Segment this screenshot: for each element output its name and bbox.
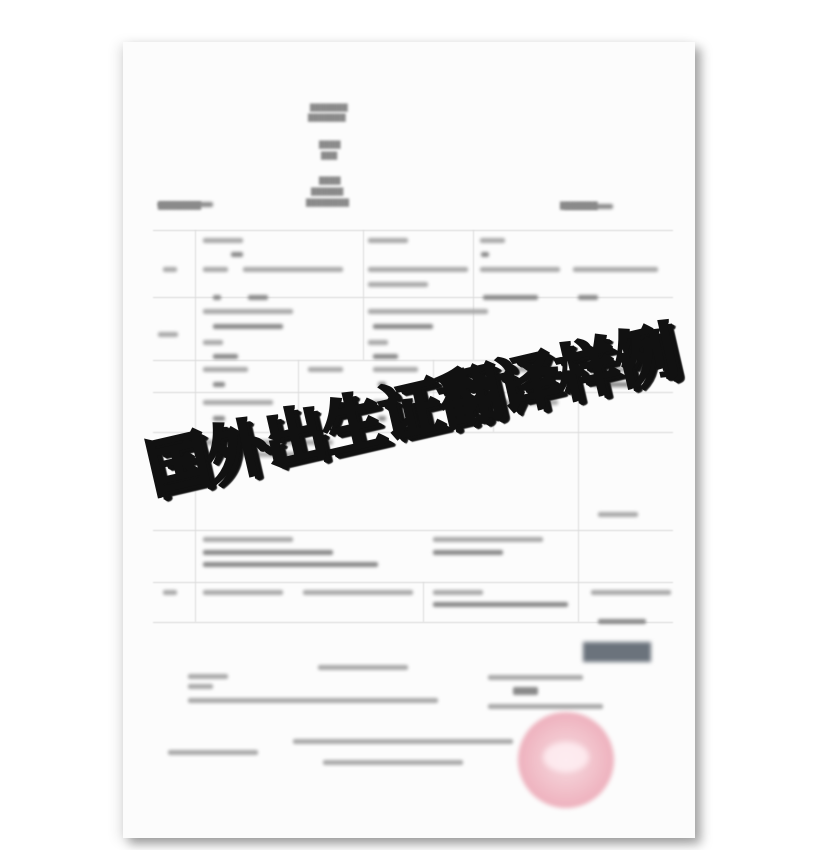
row-label [163, 590, 177, 595]
field-value [373, 324, 433, 329]
footer-text [488, 675, 583, 680]
field-label [203, 267, 228, 272]
field-value [433, 602, 568, 607]
field-value [373, 354, 398, 359]
header-line-2: ███████ [308, 114, 346, 122]
field-value [481, 252, 489, 257]
redacted-box [583, 642, 651, 662]
field-value [598, 512, 638, 517]
field-label [573, 267, 658, 272]
field-label [368, 340, 388, 345]
field-label [368, 309, 488, 314]
field-label [203, 309, 293, 314]
field-label [368, 267, 468, 272]
official-seal-center [543, 742, 589, 772]
field-label [203, 590, 283, 595]
header-subtitle: ███ [321, 152, 337, 160]
field-label [433, 590, 483, 595]
field-value [578, 295, 598, 300]
field-label [368, 282, 428, 287]
field-label [243, 267, 343, 272]
table-rule [423, 582, 424, 622]
header-line-1: ███████ [310, 104, 348, 112]
footer-text [293, 739, 513, 744]
field-label [433, 537, 543, 542]
footer-text [168, 750, 258, 755]
field-label [203, 400, 273, 405]
footer-text [188, 698, 438, 703]
field-label [480, 267, 560, 272]
field-value [248, 295, 268, 300]
field-value [598, 619, 646, 624]
header-title: ████ [319, 141, 341, 149]
footer-text [188, 684, 213, 689]
field-label [303, 590, 413, 595]
field-value [213, 324, 283, 329]
field-label [480, 238, 505, 243]
field-value [433, 550, 503, 555]
field-value [231, 252, 243, 257]
field-label [591, 590, 671, 595]
field-label [308, 367, 343, 372]
table-rule [153, 530, 673, 531]
header-line-7: ████████ [306, 199, 349, 207]
footer-text [488, 704, 603, 709]
header-line-5: ████ [319, 177, 341, 185]
field-label [368, 238, 408, 243]
table-rule [153, 622, 673, 623]
row-label [158, 332, 178, 337]
field-label [203, 537, 293, 542]
field-value [203, 562, 378, 567]
field-label [203, 238, 243, 243]
field-value [483, 295, 538, 300]
footer-text [188, 674, 228, 679]
header-line-6: ██████ [311, 188, 343, 196]
field-label [203, 367, 248, 372]
footer-text [513, 687, 538, 695]
table-rule [153, 582, 673, 583]
footer-heading [318, 665, 408, 670]
field-value [213, 295, 221, 300]
table-rule [473, 230, 474, 360]
table-rule [153, 230, 673, 231]
right-ref-bar [563, 204, 613, 209]
field-label [203, 340, 223, 345]
field-value [213, 354, 238, 359]
table-rule [363, 230, 364, 360]
left-ref-bar [158, 202, 213, 207]
row-label [163, 267, 177, 272]
field-value [213, 382, 225, 387]
field-value [203, 550, 333, 555]
field-label [373, 367, 418, 372]
footer-text [323, 760, 463, 765]
